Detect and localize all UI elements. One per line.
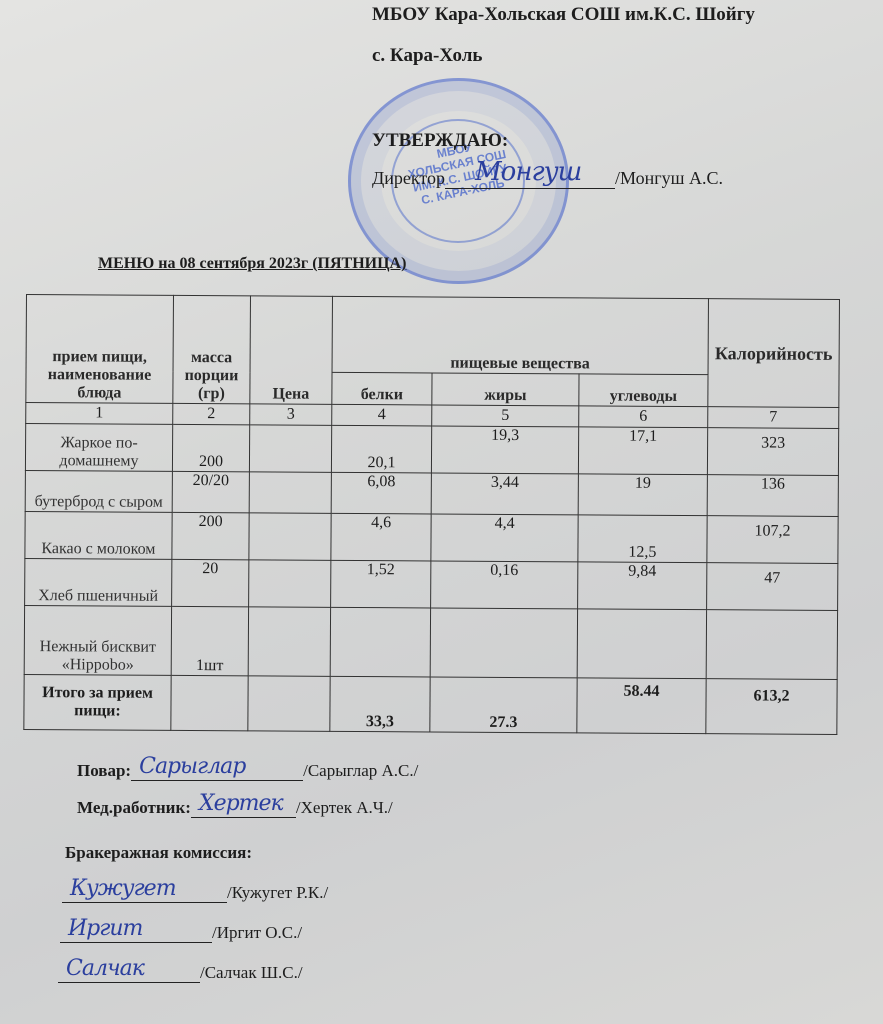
table-row: бутерброд с сыром 20/20 6,08 3,44 19 136 [25,470,838,516]
menu-title: МЕНЮ на 08 сентября 2023г (ПЯТНИЦА) [98,255,406,273]
header-calories: Калорийность [708,299,840,408]
medic-signature-row: Мед.работник: Хертек /Хертек А.Ч./ [77,795,393,818]
director-signature-row: Директор Монгуш /Монгуш А.С. [372,166,723,189]
medic-signature: Хертек [199,791,283,816]
director-signature-line: Монгуш [445,166,615,189]
header-nutrients: пищевые вещества [332,296,708,374]
total-fats: 27.3 [430,677,577,733]
table-row: Какао с молоком 200 4,6 4,4 12,5 107,2 [25,511,838,563]
header-dish: прием пищи, наименование блюда [26,295,174,404]
table-header-row: прием пищи, наименование блюда масса пор… [26,295,839,376]
medic-signature-line: Хертек [191,795,296,818]
cook-signature-line: Сарыглар [131,758,303,781]
member-signature: Иргит [68,916,142,941]
member-signature-line: Кужугет [62,880,227,903]
school-name: МБОУ Кара-Хольская СОШ им.К.С. Шойгу [372,4,755,26]
table-row: Хлеб пшеничный 20 1,52 0,16 9,84 47 [25,558,838,610]
header-price: Цена [250,296,333,404]
table-row: Нежный бисквит «Hippobo» 1шт [24,605,837,679]
director-signature: Монгуш [475,157,581,187]
cook-label: Повар: [77,761,131,781]
header-fats: жиры [432,373,579,406]
medic-label: Мед.работник: [77,798,191,818]
cook-signature-row: Повар: Сарыглар /Сарыглар А.С./ [77,758,418,781]
commission-member-row: Салчак /Салчак Ш.С./ [58,960,303,983]
village-name: с. Кара-Холь [372,45,482,67]
member-name: /Салчак Ш.С./ [200,963,303,983]
cook-signature: Сарыглар [139,754,245,779]
member-signature-line: Иргит [60,920,212,943]
menu-table: прием пищи, наименование блюда масса пор… [23,294,840,735]
commission-label: Бракеражная комиссия: [65,843,252,863]
total-label: Итого за прием пищи: [24,674,171,730]
table-row: Жаркое по-домашнему 200 20,1 19,3 17,1 3… [25,424,838,476]
medic-name: /Хертек А.Ч./ [296,798,393,818]
total-proteins: 33,3 [330,676,430,732]
member-name: /Кужугет Р.К./ [227,883,328,903]
table-total-row: Итого за прием пищи: 33,3 27.3 58.44 613… [24,674,837,734]
header-proteins: белки [332,372,432,405]
director-label: Директор [372,168,445,189]
member-name: /Иргит О.С./ [212,923,302,943]
header-mass: масса порции (гр) [173,295,251,403]
commission-member-row: Иргит /Иргит О.С./ [60,920,302,943]
approve-label: УТВЕРЖДАЮ: [372,130,508,152]
commission-member-row: Кужугет /Кужугет Р.К./ [62,880,328,903]
director-name: /Монгуш А.С. [615,168,723,189]
member-signature: Кужугет [70,876,176,901]
member-signature-line: Салчак [58,960,200,983]
header-carbs: углеводы [579,374,708,407]
total-carbs: 58.44 [577,678,706,734]
total-calories: 613,2 [706,679,837,735]
cook-name: /Сарыглар А.С./ [303,761,418,781]
member-signature: Салчак [66,956,144,981]
